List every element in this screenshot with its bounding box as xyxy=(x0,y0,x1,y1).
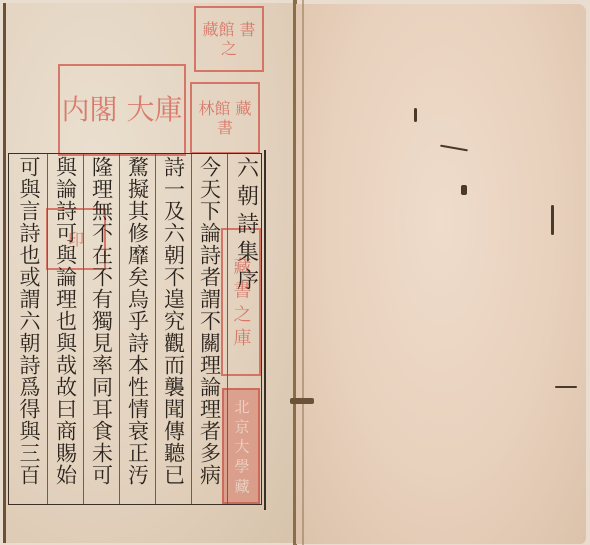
right-page-blank xyxy=(296,4,586,544)
collector-seal-top-right: 藏館 書之 xyxy=(194,6,264,72)
column-text: 六朝詩集序 xyxy=(231,156,261,296)
seal-text: 藏館 書之 xyxy=(196,20,262,58)
column-5: 與論詩可與論理也與哉故曰商賜始 xyxy=(47,154,83,504)
column-text: 詩一及六朝不遑究觀而襲聞傳聽已 xyxy=(159,156,189,486)
seal-text: 林館 藏書 xyxy=(192,99,258,137)
collector-seal-small: 林館 藏書 xyxy=(190,82,260,154)
outer-frame-line xyxy=(264,150,266,510)
collector-seal-large: 内閣 大庫 xyxy=(58,64,186,156)
column-3: 騖擬其修靡矣烏乎詩本性情衰正汚 xyxy=(119,154,155,504)
column-4: 隆理無不在不有獨見率同耳食未可 xyxy=(83,154,119,504)
wormhole-mark xyxy=(555,386,577,388)
column-6: 可與言詩也或謂六朝詩爲得與三百 xyxy=(11,154,47,504)
wormhole-mark xyxy=(290,398,314,404)
seal-text: 内閣 大庫 xyxy=(62,93,183,127)
column-title: 六朝詩集序 xyxy=(227,154,263,504)
column-2: 詩一及六朝不遑究觀而襲聞傳聽已 xyxy=(155,154,191,504)
book-spread: 藏館 書之 内閣 大庫 林館 藏書 印 藏 書 之 庫 北 京 大 學 藏 六朝… xyxy=(0,0,590,545)
column-text: 與論詩可與論理也與哉故曰商賜始 xyxy=(51,156,81,486)
column-text: 騖擬其修靡矣烏乎詩本性情衰正汚 xyxy=(123,156,153,486)
fold-line xyxy=(302,0,304,545)
wormhole-mark xyxy=(414,108,417,122)
column-text: 可與言詩也或謂六朝詩爲得與三百 xyxy=(14,156,44,486)
column-text: 隆理無不在不有獨見率同耳食未可 xyxy=(87,156,117,486)
column-text: 今天下論詩者謂不關理論理者多病 xyxy=(195,156,225,486)
wormhole-mark xyxy=(551,205,554,235)
column-1: 今天下論詩者謂不關理論理者多病 xyxy=(191,154,227,504)
wormhole-mark xyxy=(461,185,467,195)
text-frame: 六朝詩集序 今天下論詩者謂不關理論理者多病 詩一及六朝不遑究觀而襲聞傳聽已 騖擬… xyxy=(8,153,262,505)
